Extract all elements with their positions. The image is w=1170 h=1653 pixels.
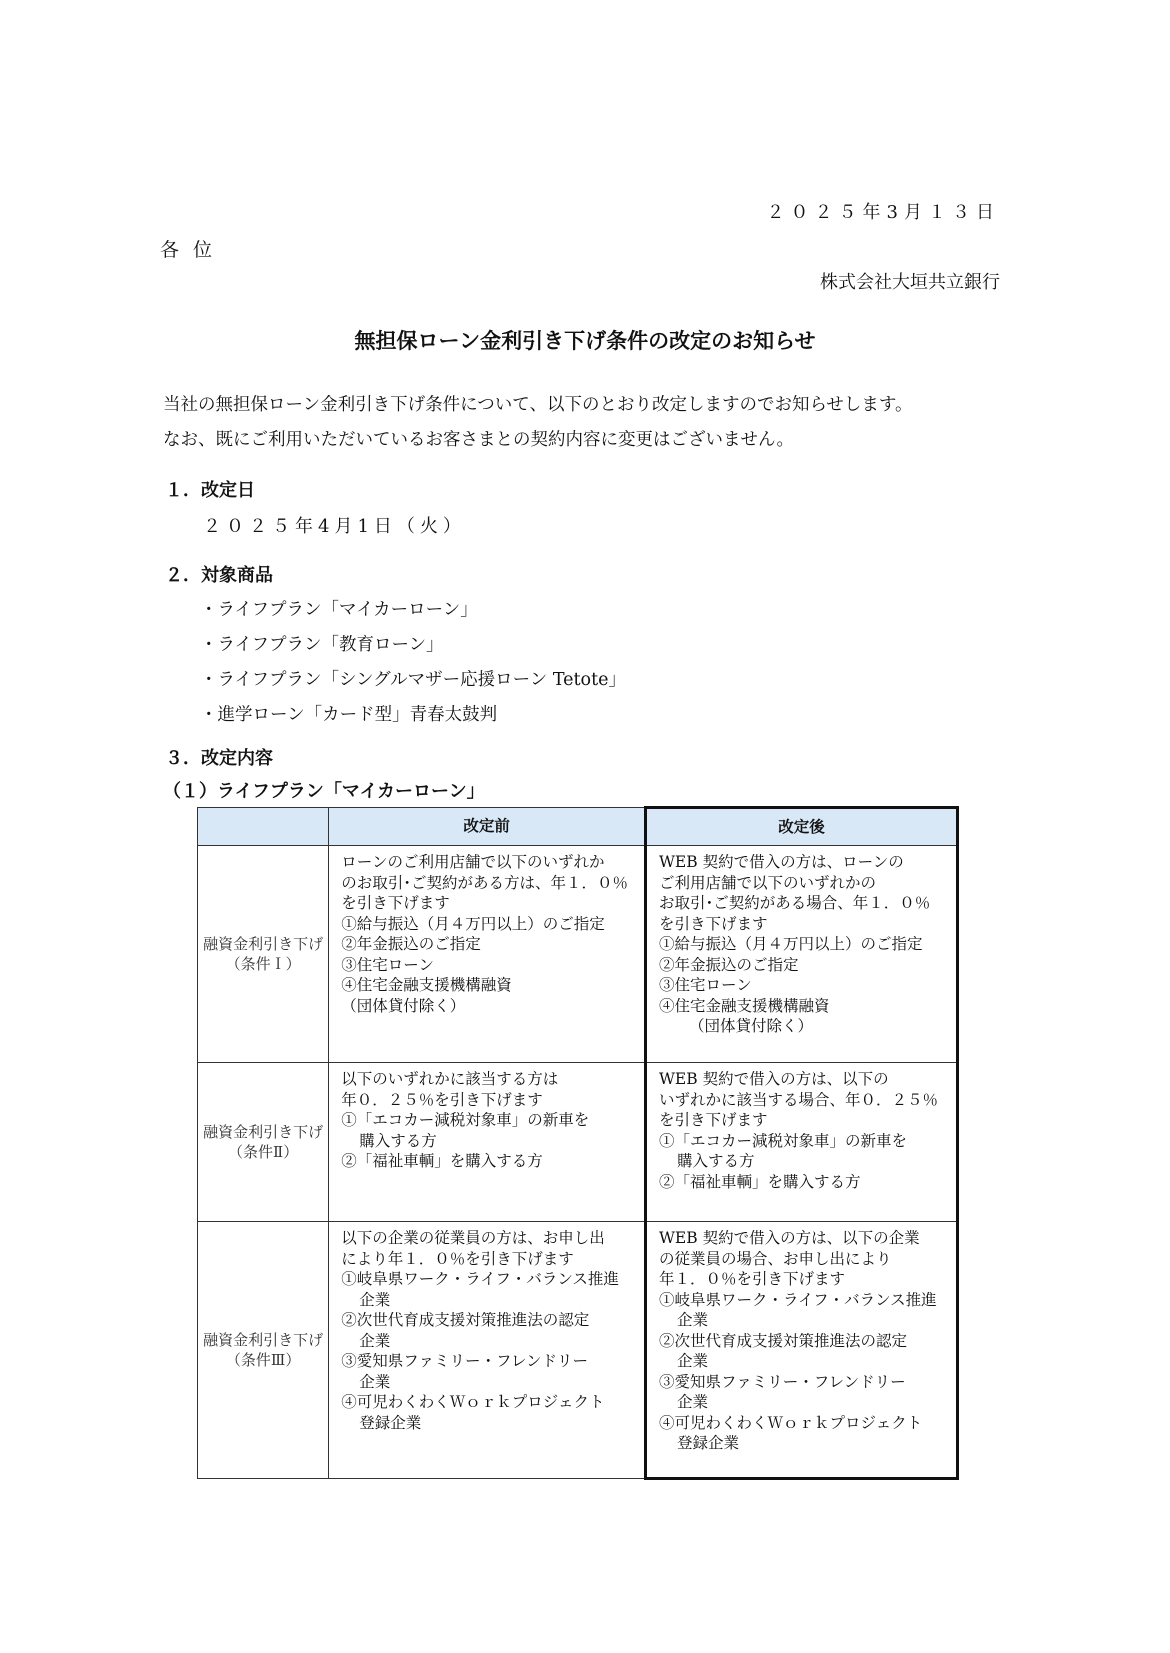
intro-line-2: なお、既にご利用いただいているお客さまとの契約内容に変更はございません。 [163,423,913,458]
condition-before: ローンのご利用店舗で以下のいずれか のお取引･ご契約がある方は、年１．０％ を引… [329,846,646,1063]
document-title: 無担保ローン金利引き下げ条件の改定のお知らせ [0,325,1170,355]
text-line: を引き下げます [659,1110,946,1131]
text-line: 以下のいずれかに該当する方は [341,1069,634,1090]
text-line: （団体貸付除く） [659,1016,946,1037]
text-line: のお取引･ご契約がある方は、年１．０％ [341,873,634,894]
condition-label-line: （条件Ｉ） [199,954,327,975]
target-products-list: ライフプラン「マイカーローン」 ライフプラン「教育ローン」 ライフプラン「シング… [200,593,626,733]
section-heading-revision-content: ３．改定内容 [165,744,273,770]
issuer-name: 株式会社大垣共立銀行 [820,268,1000,294]
text-line: お取引･ご契約がある場合、年１．０％ [659,893,946,914]
condition-label: 融資金利引き下げ （条件Ⅲ） [198,1222,329,1479]
condition-label-line: 融資金利引き下げ [199,1122,327,1143]
table-row: 融資金利引き下げ （条件Ｉ） ローンのご利用店舗で以下のいずれか のお取引･ご契… [198,846,958,1063]
text-line: 年０．２５％を引き下げます [341,1090,634,1111]
revision-table: 改定前 改定後 融資金利引き下げ （条件Ｉ） ローンのご利用店舗で以下のいずれか… [197,806,959,1480]
text-line: ③住宅ローン [341,955,634,976]
text-line: 年１．０％を引き下げます [659,1269,946,1290]
section-heading-revision-date: １．改定日 [165,476,255,502]
section-heading-target-products: ２．対象商品 [165,561,273,587]
condition-label: 融資金利引き下げ （条件Ⅱ） [198,1063,329,1222]
table-row: 融資金利引き下げ （条件Ⅱ） 以下のいずれかに該当する方は 年０．２５％を引き下… [198,1063,958,1222]
subsection-heading-mycar-loan: （１）ライフプラン「マイカーローン」 [163,777,485,803]
text-line: いずれかに該当する場合、年０．２５％ [659,1090,946,1111]
text-line: 登録企業 [341,1413,634,1434]
text-line: 購入する方 [659,1151,946,1172]
text-line: ④可児わくわくＷｏｒｋプロジェクト [659,1413,946,1434]
text-line: ②年金振込のご指定 [341,934,634,955]
condition-label-line: 融資金利引き下げ [199,934,327,955]
condition-after: WEB 契約で借入の方は、ローンの ご利用店舗で以下のいずれかの お取引･ご契約… [646,846,958,1063]
document-date: ２０２５年3月１３日 [767,198,1000,224]
condition-before: 以下の企業の従業員の方は、お申し出 により年１．０％を引き下げます ①岐阜県ワー… [329,1222,646,1479]
list-item: ライフプラン「教育ローン」 [200,628,626,663]
list-item: 進学ローン「カード型」青春太鼓判 [200,698,626,733]
text-line: ③愛知県ファミリー・フレンドリー [659,1372,946,1393]
list-item: ライフプラン「マイカーローン」 [200,593,626,628]
text-line: 企業 [659,1392,946,1413]
text-line: を引き下げます [341,893,634,914]
text-line: ②次世代育成支援対策推進法の認定 [659,1331,946,1352]
text-line: ②年金振込のご指定 [659,955,946,976]
condition-after: WEB 契約で借入の方は、以下の いずれかに該当する場合、年０．２５％ を引き下… [646,1063,958,1222]
text-line: ③愛知県ファミリー・フレンドリー [341,1351,634,1372]
text-line: ローンのご利用店舗で以下のいずれか [341,852,634,873]
header-cell-before: 改定前 [329,808,646,846]
revision-date-value: ２０２５年4月1日（火） [203,512,466,538]
text-line: を引き下げます [659,914,946,935]
text-line: ③住宅ローン [659,975,946,996]
text-line: WEB 契約で借入の方は、以下の [659,1069,946,1090]
text-line: （団体貸付除く） [341,996,634,1017]
text-line: ①給与振込（月４万円以上）のご指定 [341,914,634,935]
text-line: の従業員の場合、お申し出により [659,1249,946,1270]
intro-paragraph: 当社の無担保ローン金利引き下げ条件について、以下のとおり改定しますのでお知らせし… [163,388,913,458]
text-line: 企業 [341,1331,634,1352]
text-line: ①給与振込（月４万円以上）のご指定 [659,934,946,955]
text-line: ②「福祉車輌」を購入する方 [659,1172,946,1193]
text-line: ①岐阜県ワーク・ライフ・バランス推進 [659,1290,946,1311]
text-line: 企業 [341,1290,634,1311]
text-line: 企業 [659,1310,946,1331]
condition-label-line: 融資金利引き下げ [199,1330,327,1351]
intro-line-1: 当社の無担保ローン金利引き下げ条件について、以下のとおり改定しますのでお知らせし… [163,388,913,423]
condition-label-line: （条件Ⅱ） [199,1142,327,1163]
header-cell-label [198,808,329,846]
text-line: ④住宅金融支援機構融資 [659,996,946,1017]
text-line: 購入する方 [341,1131,634,1152]
addressee: 各位 [160,235,226,262]
table-header-row: 改定前 改定後 [198,808,958,846]
text-line: ②「福祉車輌」を購入する方 [341,1151,634,1172]
text-line: 以下の企業の従業員の方は、お申し出 [341,1228,634,1249]
text-line: 企業 [659,1351,946,1372]
text-line: ④住宅金融支援機構融資 [341,975,634,996]
text-line: により年１．０％を引き下げます [341,1249,634,1270]
text-line: WEB 契約で借入の方は、以下の企業 [659,1228,946,1249]
text-line: ④可児わくわくＷｏｒｋプロジェクト [341,1392,634,1413]
text-line: ①岐阜県ワーク・ライフ・バランス推進 [341,1269,634,1290]
text-line: ご利用店舗で以下のいずれかの [659,873,946,894]
condition-label: 融資金利引き下げ （条件Ｉ） [198,846,329,1063]
condition-label-line: （条件Ⅲ） [199,1350,327,1371]
list-item: ライフプラン「シングルマザー応援ローン Tetote」 [200,663,626,698]
condition-after: WEB 契約で借入の方は、以下の企業 の従業員の場合、お申し出により 年１．０％… [646,1222,958,1479]
text-line: WEB 契約で借入の方は、ローンの [659,852,946,873]
table-row: 融資金利引き下げ （条件Ⅲ） 以下の企業の従業員の方は、お申し出 により年１．０… [198,1222,958,1479]
header-cell-after: 改定後 [646,808,958,846]
text-line: ①「エコカー減税対象車」の新車を [341,1110,634,1131]
text-line: 企業 [341,1372,634,1393]
text-line: ②次世代育成支援対策推進法の認定 [341,1310,634,1331]
text-line: ①「エコカー減税対象車」の新車を [659,1131,946,1152]
condition-before: 以下のいずれかに該当する方は 年０．２５％を引き下げます ①「エコカー減税対象車… [329,1063,646,1222]
text-line: 登録企業 [659,1433,946,1454]
